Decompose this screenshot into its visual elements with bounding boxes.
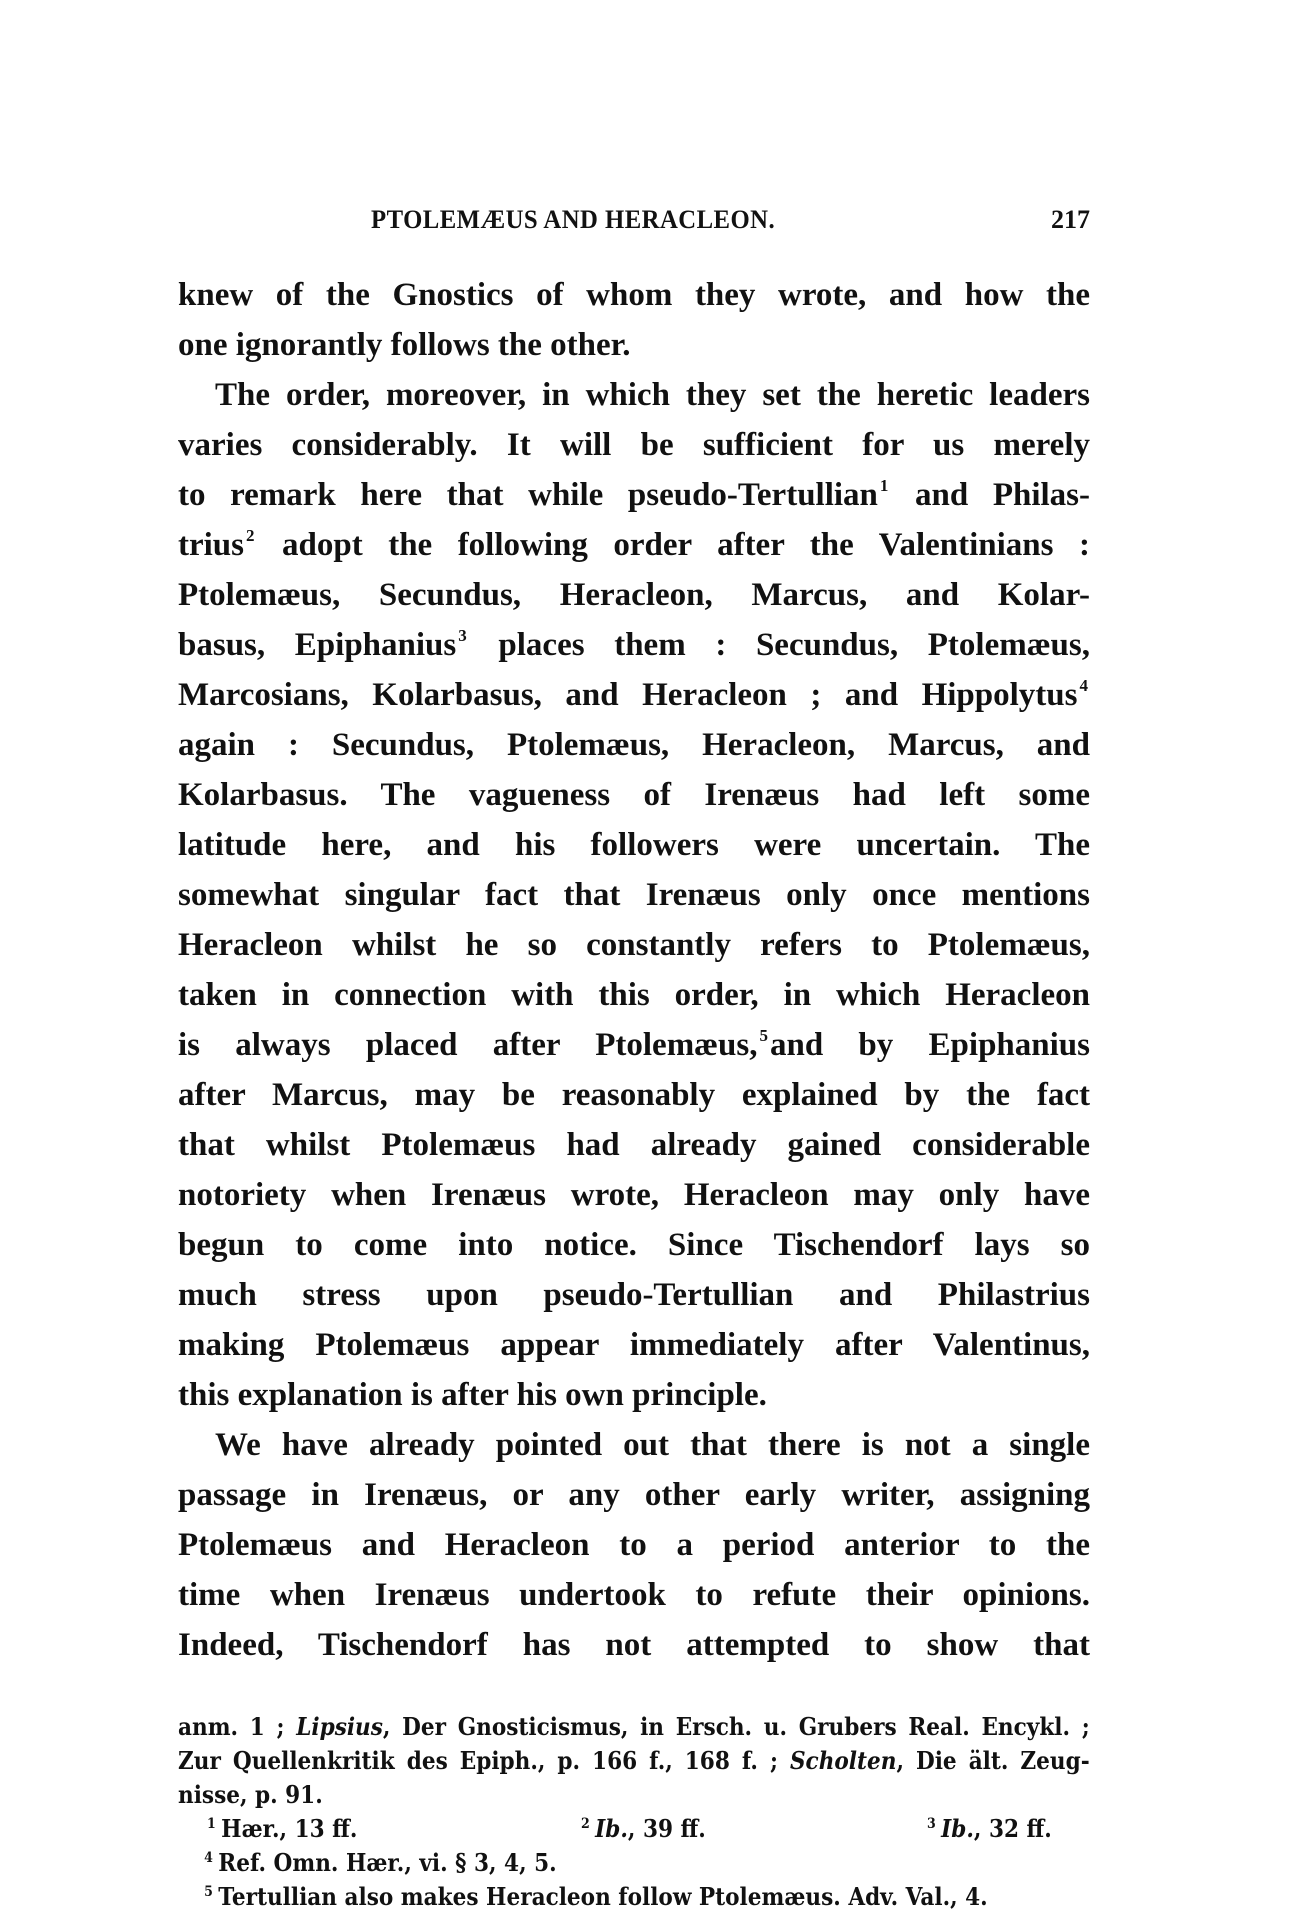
text-run: taken in connection with this order, in … xyxy=(178,977,1090,1013)
text-run: basus, Epiphanius xyxy=(178,627,456,663)
footnote-text: Ib. xyxy=(941,1814,974,1843)
text-run: We have already pointed out that there i… xyxy=(215,1427,1090,1463)
text-run: and Philas- xyxy=(890,477,1090,513)
text-run: anm. 1 ; xyxy=(178,1712,296,1741)
text-run: , Der Gnosticismus, in Ersch. u. Grubers… xyxy=(383,1712,1090,1741)
text-line: begun to come into notice. Since Tischen… xyxy=(178,1220,1090,1270)
text-line: this explanation is after his own princi… xyxy=(178,1370,1090,1420)
footnote-reference[interactable]: 3 xyxy=(456,626,469,645)
text-line: taken in connection with this order, in … xyxy=(178,970,1090,1020)
running-head: PTOLEMÆUS AND HERACLEON. 217 xyxy=(178,203,1090,237)
text-line: after Marcus, may be reasonably explaine… xyxy=(178,1070,1090,1120)
footnote-4: 4Ref. Omn. Hær., vi. § 3, 4, 5. xyxy=(178,1846,1116,1880)
text-run: one ignorantly follows the other. xyxy=(178,327,631,363)
footnote-number: 5 xyxy=(204,1884,218,1900)
text-run: notoriety when Irenæus wrote, Heracleon … xyxy=(178,1177,1090,1213)
text-run: knew of the Gnostics of whom they wrote,… xyxy=(178,277,1090,313)
text-line: Ptolemæus and Heracleon to a period ante… xyxy=(178,1520,1090,1570)
text-line: is always placed after Ptolemæus,5and by… xyxy=(178,1020,1090,1070)
text-line: Marcosians, Kolarbasus, and Heracleon ; … xyxy=(178,670,1090,720)
text-run: , Die ält. Zeug- xyxy=(896,1746,1089,1775)
footnote-number: 4 xyxy=(204,1850,218,1866)
footnote-reference[interactable]: 1 xyxy=(878,476,891,495)
body-text: knew of the Gnostics of whom they wrote,… xyxy=(178,270,1090,1670)
running-title: PTOLEMÆUS AND HERACLEON. xyxy=(371,203,775,237)
text-run: The order, moreover, in which they set t… xyxy=(215,377,1090,413)
text-line: again : Secundus, Ptolemæus, Heracleon, … xyxy=(178,720,1090,770)
text-line: much stress upon pseudo-Tertullian and P… xyxy=(178,1270,1090,1320)
text-line: making Ptolemæus appear immediately afte… xyxy=(178,1320,1090,1370)
footnote-text: , 32 ff. xyxy=(974,1814,1052,1843)
text-line: somewhat singular fact that Irenæus only… xyxy=(178,870,1090,920)
text-run: Kolarbasus. The vagueness of Irenæus had… xyxy=(178,777,1090,813)
footnote-1: 1Hær., 13 ff. xyxy=(207,1812,357,1846)
footnote-number: 3 xyxy=(927,1816,941,1832)
text-line: varies considerably. It will be sufficie… xyxy=(178,420,1090,470)
text-run: Ptolemæus and Heracleon to a period ante… xyxy=(178,1527,1090,1563)
footnote-reference[interactable]: 4 xyxy=(1078,676,1091,695)
text-line: Kolarbasus. The vagueness of Irenæus had… xyxy=(178,770,1090,820)
text-line: trius2 adopt the following order after t… xyxy=(178,520,1090,570)
text-line: one ignorantly follows the other. xyxy=(178,320,1090,370)
text-line: basus, Epiphanius3 places them : Secundu… xyxy=(178,620,1090,670)
text-line: passage in Irenæus, or any other early w… xyxy=(178,1470,1090,1520)
author-name: Lipsius xyxy=(296,1712,383,1741)
footnote-2: 2Ib., 39 ff. xyxy=(581,1812,706,1846)
footnote-text: Ib. xyxy=(595,1814,628,1843)
text-run: Indeed, Tischendorf has not attempted to… xyxy=(178,1627,1090,1663)
footnote-line: anm. 1 ; Lipsius, Der Gnosticismus, in E… xyxy=(178,1710,1090,1744)
text-run: Marcosians, Kolarbasus, and Heracleon ; … xyxy=(178,677,1078,713)
footnotes-1-2-3: 1Hær., 13 ff.2Ib., 39 ff.3Ib., 32 ff. xyxy=(178,1812,1090,1846)
text-line: Indeed, Tischendorf has not attempted to… xyxy=(178,1620,1090,1670)
text-run: much stress upon pseudo-Tertullian and P… xyxy=(178,1277,1090,1313)
text-run: somewhat singular fact that Irenæus only… xyxy=(178,877,1090,913)
text-run: making Ptolemæus appear immediately afte… xyxy=(178,1327,1090,1363)
text-line: We have already pointed out that there i… xyxy=(178,1420,1090,1470)
text-line: to remark here that while pseudo-Tertull… xyxy=(178,470,1090,520)
footnote-reference[interactable]: 2 xyxy=(244,526,257,545)
text-run: trius xyxy=(178,527,244,563)
footnotes: anm. 1 ; Lipsius, Der Gnosticismus, in E… xyxy=(178,1710,1090,1914)
text-run: nisse, p. 91. xyxy=(178,1780,323,1809)
text-line: knew of the Gnostics of whom they wrote,… xyxy=(178,270,1090,320)
text-run: and by Epiphanius xyxy=(770,1027,1090,1063)
text-run: Heracleon whilst he so constantly refers… xyxy=(178,927,1090,963)
author-name: Scholten xyxy=(790,1746,896,1775)
text-run: latitude here, and his followers were un… xyxy=(178,827,1090,863)
page-number: 217 xyxy=(1051,203,1090,237)
text-run: passage in Irenæus, or any other early w… xyxy=(178,1477,1090,1513)
footnote-text: Ref. Omn. Hær., vi. § 3, 4, 5. xyxy=(218,1848,556,1877)
text-run: to remark here that while pseudo-Tertull… xyxy=(178,477,878,513)
text-line: Ptolemæus, Secundus, Heracleon, Marcus, … xyxy=(178,570,1090,620)
text-run: varies considerably. It will be sufficie… xyxy=(178,427,1090,463)
text-run: is always placed after Ptolemæus, xyxy=(178,1027,757,1063)
text-run: that whilst Ptolemæus had already gained… xyxy=(178,1127,1090,1163)
text-line: Heracleon whilst he so constantly refers… xyxy=(178,920,1090,970)
text-run: this explanation is after his own princi… xyxy=(178,1377,767,1413)
text-line: The order, moreover, in which they set t… xyxy=(178,370,1090,420)
footnote-text: Hær., 13 ff. xyxy=(221,1814,357,1843)
text-line: notoriety when Irenæus wrote, Heracleon … xyxy=(178,1170,1090,1220)
footnote-5: 5Tertullian also makes Heracleon follow … xyxy=(178,1880,1116,1914)
text-run: again : Secundus, Ptolemæus, Heracleon, … xyxy=(178,727,1090,763)
footnote-number: 1 xyxy=(207,1816,221,1832)
text-line: latitude here, and his followers were un… xyxy=(178,820,1090,870)
footnote-continuation: anm. 1 ; Lipsius, Der Gnosticismus, in E… xyxy=(178,1710,1090,1812)
text-run: begun to come into notice. Since Tischen… xyxy=(178,1227,1090,1263)
text-run: Ptolemæus, Secundus, Heracleon, Marcus, … xyxy=(178,577,1090,613)
text-run: adopt the following order after the Vale… xyxy=(257,527,1091,563)
footnote-text: , 39 ff. xyxy=(628,1814,706,1843)
text-run: time when Irenæus undertook to refute th… xyxy=(178,1577,1090,1613)
text-run: places them : Secundus, Ptolemæus, xyxy=(469,627,1090,663)
book-page: PTOLEMÆUS AND HERACLEON. 217 knew of the… xyxy=(0,0,1292,1925)
text-run: after Marcus, may be reasonably explaine… xyxy=(178,1077,1090,1113)
text-line: that whilst Ptolemæus had already gained… xyxy=(178,1120,1090,1170)
footnote-reference[interactable]: 5 xyxy=(757,1026,770,1045)
footnote-3: 3Ib., 32 ff. xyxy=(927,1812,1052,1846)
text-line: time when Irenæus undertook to refute th… xyxy=(178,1570,1090,1620)
footnote-number: 2 xyxy=(581,1816,595,1832)
footnote-line: nisse, p. 91. xyxy=(178,1778,1090,1812)
footnote-line: Zur Quellenkritik des Epiph., p. 166 f.,… xyxy=(178,1744,1090,1778)
text-run: Zur Quellenkritik des Epiph., p. 166 f.,… xyxy=(178,1746,790,1775)
footnote-text: Tertullian also makes Heracleon follow P… xyxy=(218,1882,987,1911)
